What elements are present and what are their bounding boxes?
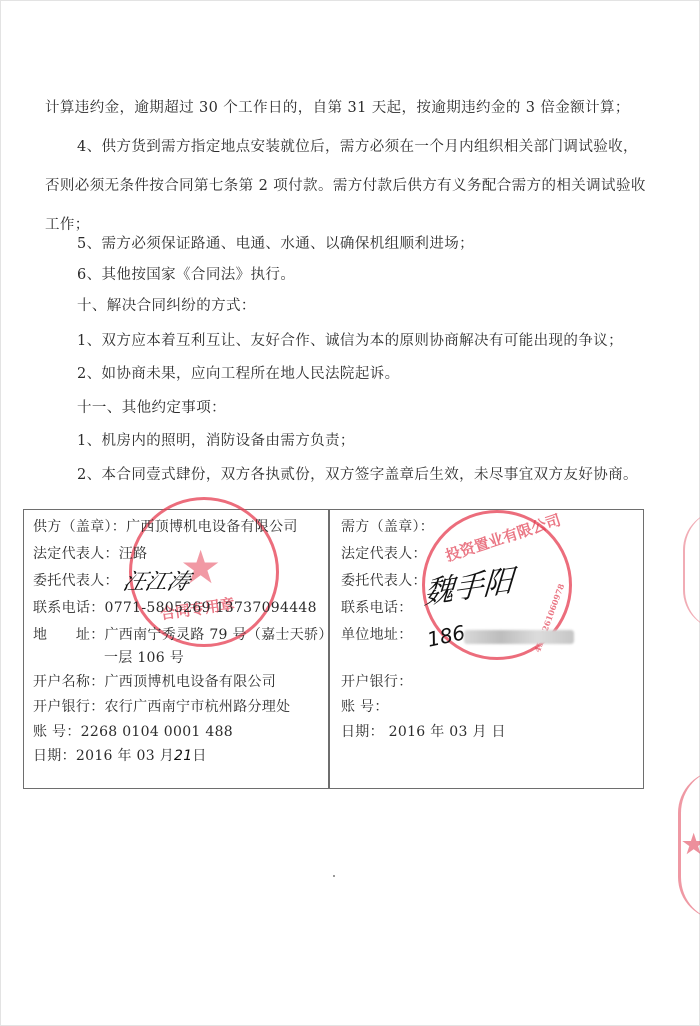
redacted-phone <box>464 630 574 644</box>
buyer-phone: 联系电话： <box>341 597 413 617</box>
supplier-account-name: 开户名称：广西顶博机电设备有限公司 <box>33 671 276 691</box>
body-line: 4、供方货到需方指定地点安装就位后，需方必须在一个月内组织相关部门调试验收， <box>77 135 638 156</box>
signature-table: ★ 合同专用章 供方（盖章）：广西顶博机电设备有限公司 法定代表人：汪路 委托代… <box>23 509 644 789</box>
page-dot <box>333 875 335 877</box>
body-line: 6、其他按国家《合同法》执行。 <box>77 263 295 284</box>
section-heading: 十一、其他约定事项： <box>77 396 226 417</box>
supplier-account-no: 账 号：2268 0104 0001 488 <box>33 721 233 741</box>
supplier-date-suffix: 日 <box>192 748 206 764</box>
supplier-date: 日期：2016 年 03 月21日 <box>33 745 207 765</box>
body-line: 5、需方必须保证路通、电通、水通、以确保机组顺利进场； <box>77 232 474 253</box>
supplier-phone: 联系电话：0771-5805269 13737094448 <box>33 597 317 617</box>
buyer-title: 需方（盖章）： <box>341 516 434 536</box>
section-heading: 十、解决合同纠纷的方式： <box>77 294 256 315</box>
supplier-date-day: 21 <box>174 748 192 764</box>
body-line: 计算违约金，逾期超过 30 个工作日的，自第 31 天起，按逾期违约金的 3 倍… <box>45 96 630 117</box>
supplier-bank: 开户银行：农行广西南宁市杭州路分理处 <box>33 696 290 716</box>
supplier-agent-signature: 汪江涛 <box>120 565 194 596</box>
body-line: 1、机房内的照明，消防设备由需方负责； <box>77 429 355 450</box>
body-line: 否则必须无条件按合同第七条第 2 项付款。需方付款后供方有义务配合需方的相关调试… <box>45 174 646 195</box>
buyer-address: 单位地址： <box>341 624 413 644</box>
supplier-agent-label: 委托代表人： <box>33 570 119 590</box>
supplier-date-text: 日期：2016 年 03 月 <box>33 748 174 764</box>
body-line: 2、如协商未果，应向工程所在地人民法院起诉。 <box>77 362 400 383</box>
supplier-title: 供方（盖章）：广西顶博机电设备有限公司 <box>33 516 298 536</box>
supplier-address: 地 址：广西南宁秀灵路 79 号（嘉士天骄） <box>33 624 333 644</box>
body-line: 2、本合同壹式肆份，双方各执贰份，双方签字盖章后生效，未尽事宜双方友好协商。 <box>77 463 638 484</box>
body-line: 1、双方应本着互利互让、友好合作、诚信为本的原则协商解决有可能出现的争议； <box>77 329 623 350</box>
body-line: 工作； <box>45 213 90 234</box>
table-divider <box>328 510 330 788</box>
buyer-bank: 开户银行： <box>341 671 413 691</box>
buyer-date: 日期： 2016 年 03 月 日 <box>341 721 506 741</box>
buyer-legal-rep: 法定代表人： <box>341 543 427 563</box>
supplier-legal-rep: 法定代表人：汪路 <box>33 543 147 563</box>
buyer-agent-label: 委托代表人： <box>341 570 427 590</box>
supplier-address-cont: 一层 106 号 <box>104 647 184 667</box>
star-icon: ★ <box>682 830 700 860</box>
buyer-account-no: 账 号： <box>341 696 389 716</box>
